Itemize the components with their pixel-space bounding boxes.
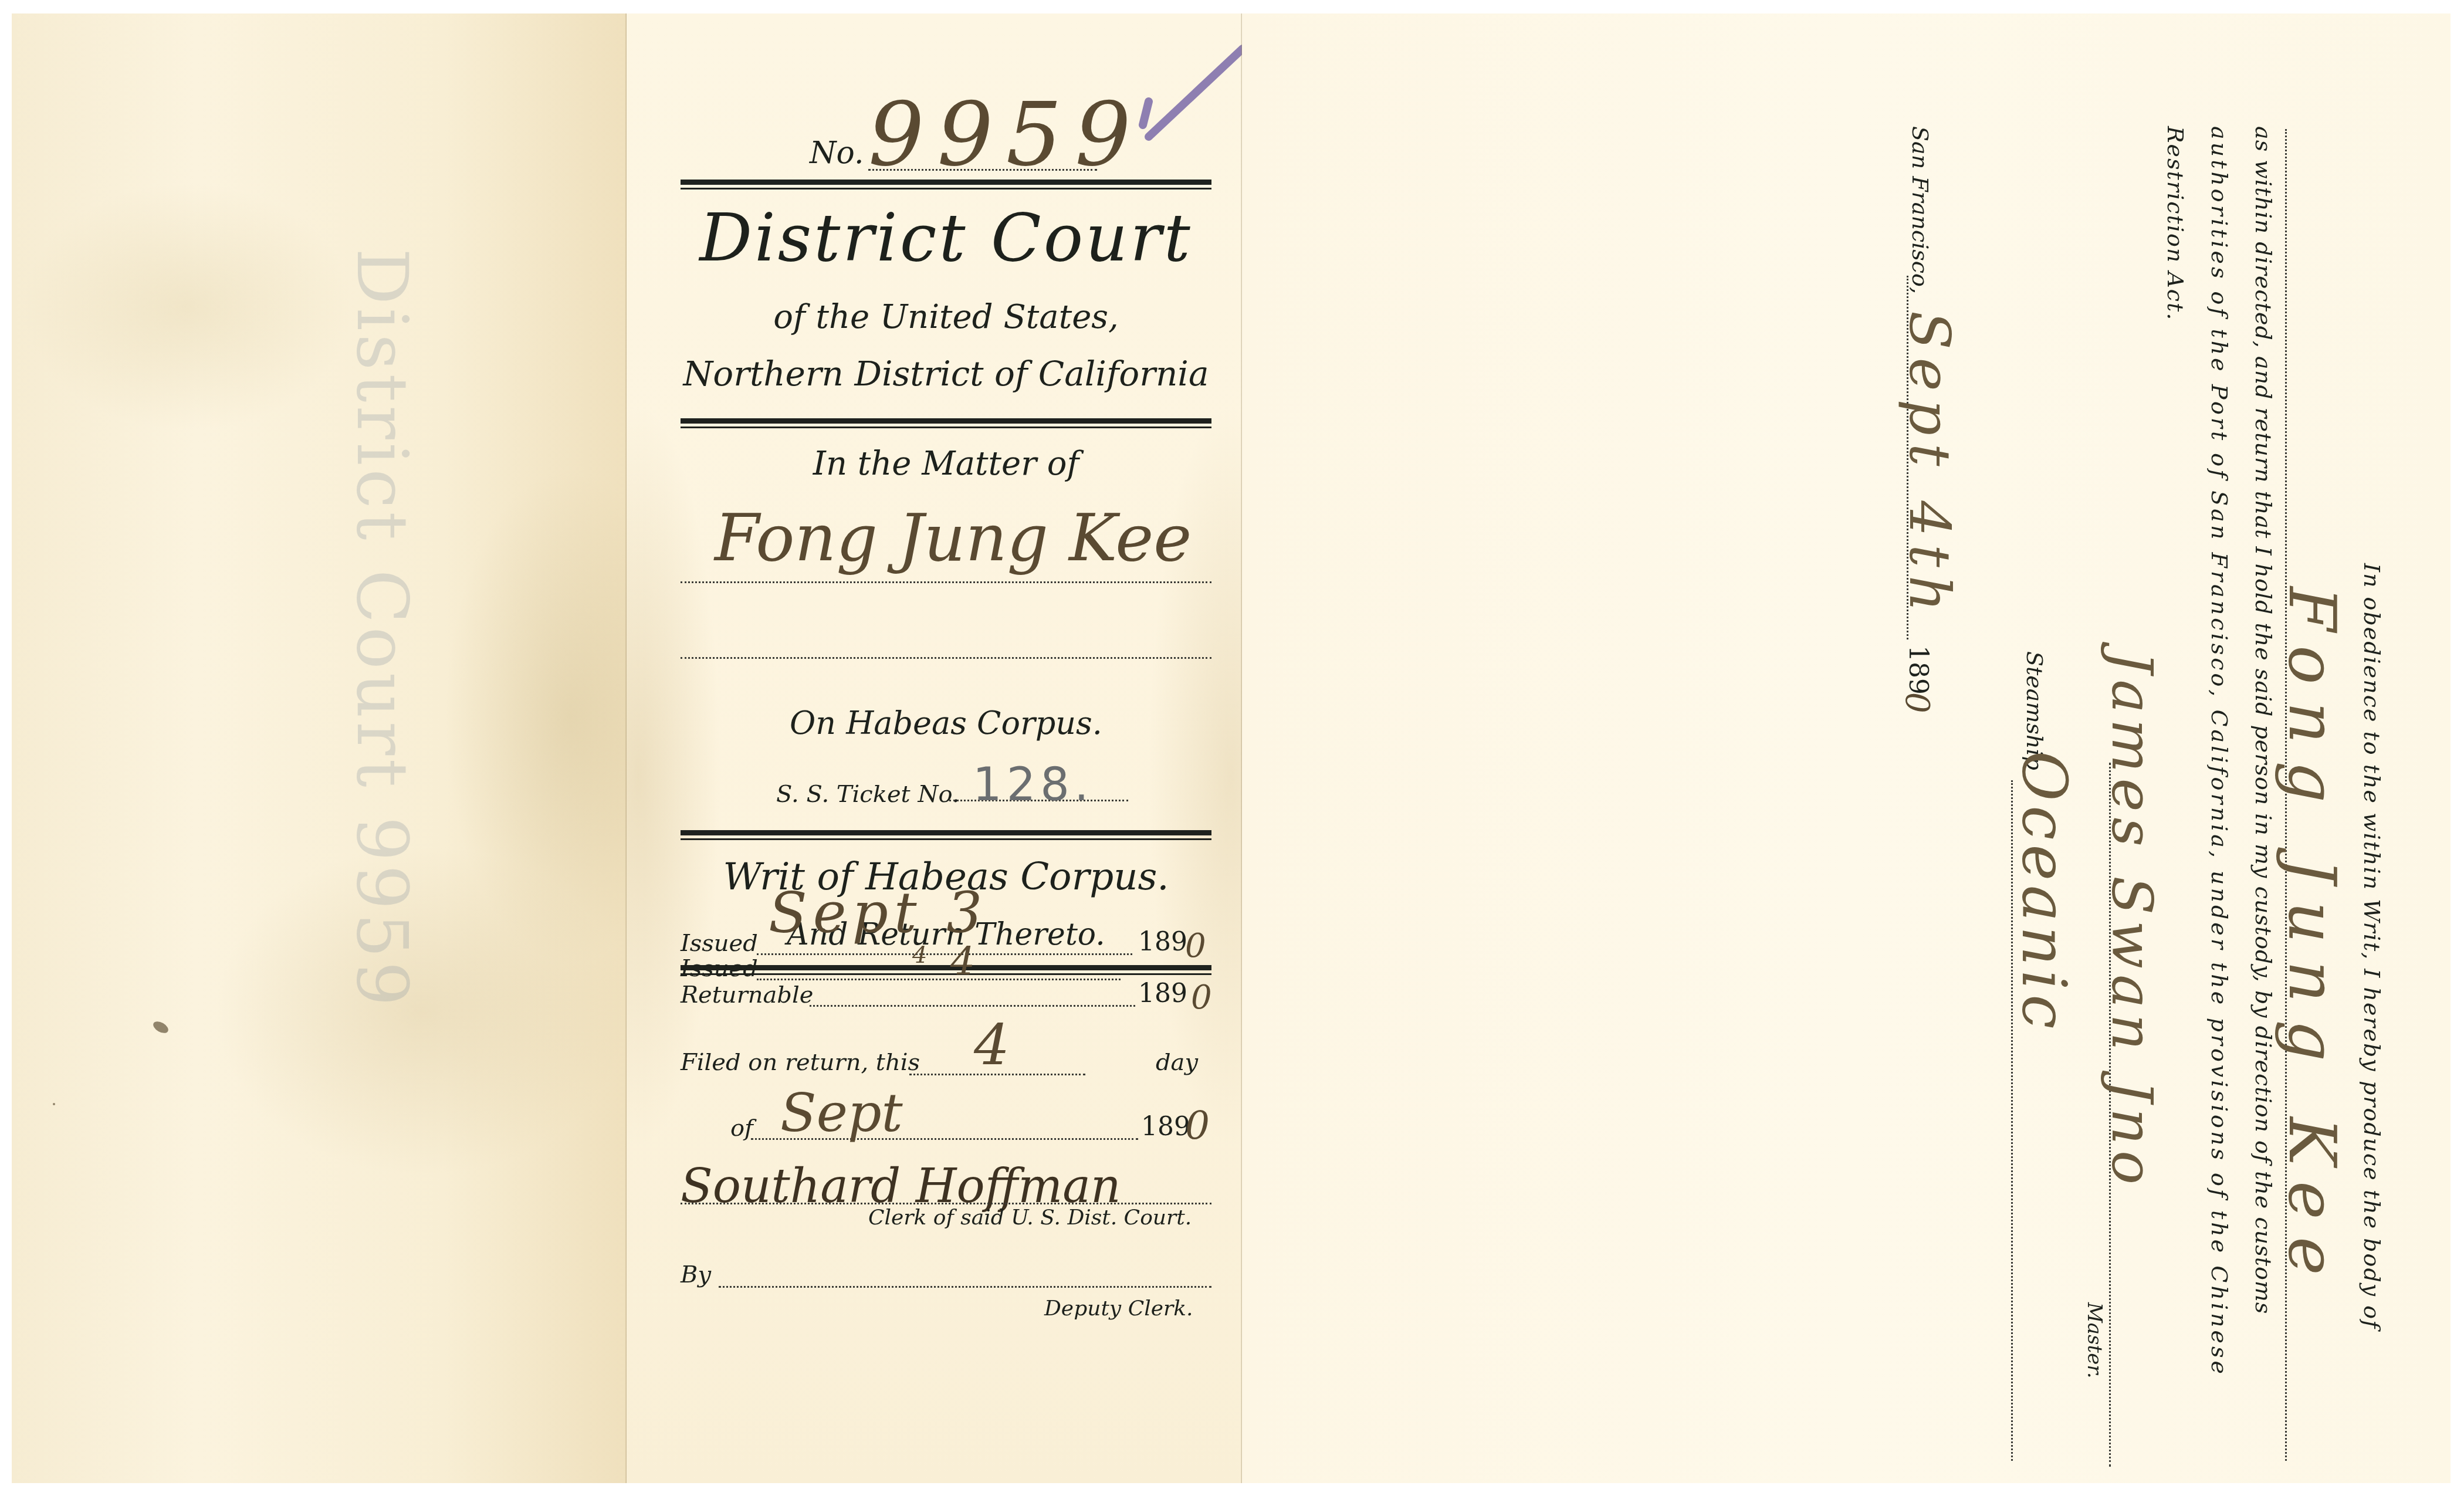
returnable-day-mark: 4	[912, 942, 927, 969]
return-date: Sept 4th	[1897, 311, 1962, 620]
filed-day-value: 4	[974, 1012, 1010, 1078]
issued-label-text: Issued	[681, 930, 758, 957]
overlay: Issued Sept 3 189 0 Returnable 4 4 189 0…	[0, 0, 2464, 1496]
master-signature: James Swan Jno	[2099, 651, 2165, 1190]
filed-day-suffix: day	[1156, 1049, 1198, 1076]
return-line-4: Restriction Act.	[2162, 126, 2188, 321]
issued-year-suffix: 0	[1185, 927, 1206, 965]
by-label: By	[681, 1261, 711, 1288]
returnable-year-suffix: 0	[1191, 979, 1212, 1017]
issued-year-prefix: 189	[1138, 927, 1187, 957]
clerk-label: Clerk of said U. S. Dist. Court.	[868, 1206, 1192, 1230]
return-year-suffix: 0	[1898, 692, 1936, 713]
returnable-dotted-line	[810, 1005, 1135, 1007]
return-line-1: In obedience to the within Writ, I hereb…	[2359, 563, 2385, 1329]
steamship-name: Oceanic	[2008, 751, 2080, 1034]
return-body-name: Fong Jung Kee	[2275, 587, 2350, 1292]
filed-of-label: of	[730, 1115, 753, 1142]
clerk-signature-line	[681, 1203, 1211, 1204]
issued-date-value: Sept 3	[769, 880, 988, 946]
filed-month-value: Sept	[780, 1082, 903, 1144]
place-label: San Francisco,	[1907, 126, 1933, 294]
issued-dotted-line	[757, 953, 1132, 955]
return-line-2: as within directed, and return that I ho…	[2250, 126, 2276, 1314]
return-line-3: authorities of the Port of San Francisco…	[2206, 126, 2232, 1377]
filed-year-prefix: 189	[1141, 1112, 1190, 1142]
by-dotted-line	[719, 1286, 1211, 1288]
returnable-date-value: 4	[950, 939, 975, 984]
filed-year-suffix: 0	[1185, 1103, 1210, 1148]
returnable-label: Returnable	[681, 981, 813, 1008]
master-label: Master.	[2083, 1302, 2106, 1379]
return-year-prefix: 189	[1903, 645, 1933, 695]
filed-label: Filed on return, this	[681, 1049, 920, 1076]
returnable-year-prefix: 189	[1138, 979, 1187, 1008]
deputy-clerk-label: Deputy Clerk.	[1044, 1297, 1193, 1321]
